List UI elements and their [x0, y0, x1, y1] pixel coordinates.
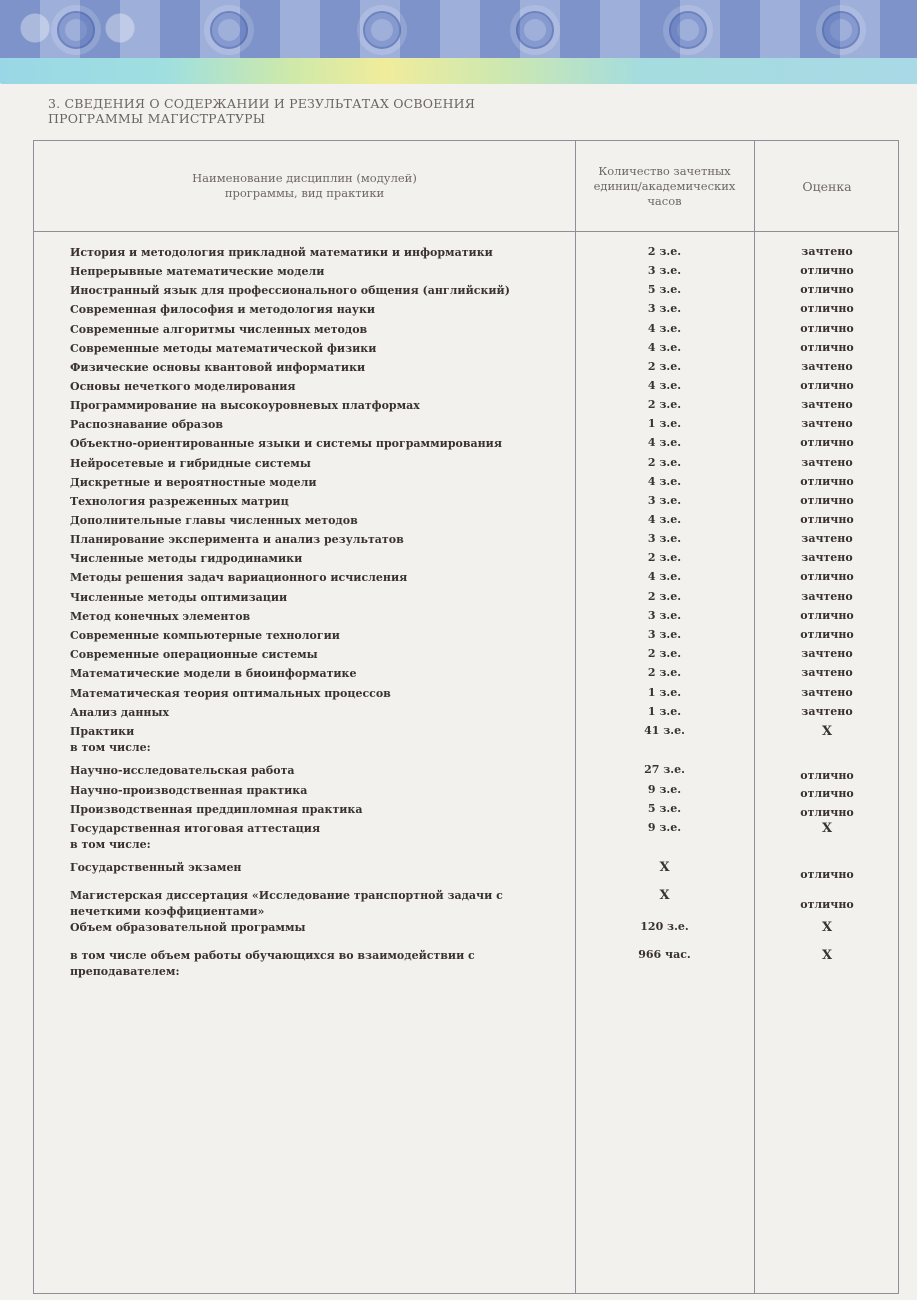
discipline-name: Научно-исследовательская работа	[70, 763, 570, 779]
grade-value: зачтено	[754, 551, 900, 564]
discipline-name: Современная философия и методология наук…	[70, 302, 570, 318]
grade-value: зачтено	[754, 245, 900, 258]
discipline-name: Научно-производственная практика	[70, 783, 570, 799]
discipline-name: Государственная итоговая аттестация в то…	[70, 821, 570, 853]
section-title-line1: 3. Сведения о содержании и результатах о…	[48, 96, 475, 111]
discipline-name: Методы решения задач вариационного исчис…	[70, 570, 570, 586]
credits-value: 27 з.е.	[575, 763, 754, 776]
grade-value: отлично	[754, 302, 900, 315]
rosette-ornament-icon	[57, 11, 95, 49]
header-discipline-label: Наименование дисциплин (модулей) програм…	[192, 171, 417, 201]
credits-value: 2 з.е.	[575, 398, 754, 411]
credits-value: 120 з.е.	[575, 920, 754, 933]
credits-value: 1 з.е.	[575, 417, 754, 430]
credits-value: X	[575, 888, 754, 903]
credits-value: 1 з.е.	[575, 686, 754, 699]
rosette-ornament-icon	[516, 11, 554, 49]
rosette-ornament-icon	[669, 11, 707, 49]
discipline-name: Современные методы математической физики	[70, 341, 570, 357]
grade-value: зачтено	[754, 398, 900, 411]
decorative-rainbow-stripe	[0, 58, 917, 84]
grade-value: отлично	[754, 283, 900, 296]
credits-value: 966 час.	[575, 948, 754, 961]
grade-value: зачтено	[754, 666, 900, 679]
grade-value: отлично	[754, 787, 900, 800]
discipline-name: Физические основы квантовой информатики	[70, 360, 570, 376]
credits-value: 3 з.е.	[575, 302, 754, 315]
credits-value: 2 з.е.	[575, 245, 754, 258]
credits-value: 2 з.е.	[575, 647, 754, 660]
header-discipline: Наименование дисциплин (модулей) програм…	[34, 141, 575, 231]
discipline-name: Современные операционные системы	[70, 647, 570, 663]
header-grade: Оценка	[754, 141, 900, 231]
discipline-name: Государственный экзамен	[70, 860, 570, 876]
grade-value: зачтено	[754, 417, 900, 430]
grade-value: отлично	[754, 494, 900, 507]
discipline-name: в том числе объем работы обучающихся во …	[70, 948, 570, 980]
grade-value: X	[754, 920, 900, 935]
header-grade-label: Оценка	[802, 179, 851, 194]
credits-value: 2 з.е.	[575, 360, 754, 373]
discipline-name: История и методология прикладной математ…	[70, 245, 570, 261]
discipline-name: Анализ данных	[70, 705, 570, 721]
grade-value: отлично	[754, 341, 900, 354]
discipline-name: Основы нечеткого моделирования	[70, 379, 570, 395]
section-title-line2: программы магистратуры	[48, 111, 475, 126]
discipline-name: Численные методы оптимизации	[70, 590, 570, 606]
credits-value: 9 з.е.	[575, 821, 754, 834]
credits-value: 3 з.е.	[575, 494, 754, 507]
grade-value: зачтено	[754, 456, 900, 469]
grade-value: отлично	[754, 609, 900, 622]
grade-value: отлично	[754, 570, 900, 583]
disciplines-table: Наименование дисциплин (модулей) програм…	[33, 140, 899, 1294]
grade-value: X	[754, 724, 900, 739]
credits-value: 4 з.е.	[575, 436, 754, 449]
grade-value: отлично	[754, 475, 900, 488]
grade-value: отлично	[754, 806, 900, 819]
discipline-name: Математические модели в биоинформатике	[70, 666, 570, 682]
grade-value: зачтено	[754, 686, 900, 699]
rosette-ornament-icon	[822, 11, 860, 49]
grade-value: отлично	[754, 513, 900, 526]
grade-value: отлично	[754, 868, 900, 881]
grade-value: отлично	[754, 898, 900, 911]
credits-value: 4 з.е.	[575, 513, 754, 526]
rosette-ornament-icon	[363, 11, 401, 49]
credits-value: 2 з.е.	[575, 551, 754, 564]
credits-value: 3 з.е.	[575, 628, 754, 641]
discipline-name: Магистерская диссертация «Исследование т…	[70, 888, 570, 920]
grade-value: X	[754, 821, 900, 836]
discipline-name: Метод конечных элементов	[70, 609, 570, 625]
grade-value: отлично	[754, 769, 900, 782]
discipline-name: Математическая теория оптимальных процес…	[70, 686, 570, 702]
credits-value: 9 з.е.	[575, 783, 754, 796]
discipline-name: Технология разреженных матриц	[70, 494, 570, 510]
credits-value: 3 з.е.	[575, 532, 754, 545]
grade-value: отлично	[754, 264, 900, 277]
credits-value: 4 з.е.	[575, 570, 754, 583]
credits-value: 1 з.е.	[575, 705, 754, 718]
discipline-name: Программирование на высокоуровневых плат…	[70, 398, 570, 414]
discipline-name: Объектно-ориентированные языки и системы…	[70, 436, 570, 452]
grade-value: зачтено	[754, 590, 900, 603]
discipline-name: Практики в том числе:	[70, 724, 570, 756]
discipline-name: Современные компьютерные технологии	[70, 628, 570, 644]
credits-value: 4 з.е.	[575, 475, 754, 488]
grade-value: отлично	[754, 628, 900, 641]
grade-value: зачтено	[754, 647, 900, 660]
grade-value: X	[754, 948, 900, 963]
grade-value: зачтено	[754, 532, 900, 545]
grade-value: отлично	[754, 379, 900, 392]
discipline-name: Производственная преддипломная практика	[70, 802, 570, 818]
credits-value: 2 з.е.	[575, 590, 754, 603]
credits-value: 3 з.е.	[575, 609, 754, 622]
credits-value: 5 з.е.	[575, 283, 754, 296]
grade-value: отлично	[754, 436, 900, 449]
discipline-name: Дополнительные главы численных методов	[70, 513, 570, 529]
credits-value: 5 з.е.	[575, 802, 754, 815]
credits-value: 2 з.е.	[575, 666, 754, 679]
header-credits: Количество зачетных единиц/академических…	[575, 141, 754, 231]
credits-value: 3 з.е.	[575, 264, 754, 277]
credits-value: 4 з.е.	[575, 341, 754, 354]
grade-value: зачтено	[754, 705, 900, 718]
discipline-name: Иностранный язык для профессионального о…	[70, 283, 570, 299]
discipline-name: Дискретные и вероятностные модели	[70, 475, 570, 491]
grade-value: зачтено	[754, 360, 900, 373]
discipline-name: Численные методы гидродинамики	[70, 551, 570, 567]
credits-value: X	[575, 860, 754, 875]
rosette-ornament-icon	[210, 11, 248, 49]
credits-value: 41 з.е.	[575, 724, 754, 737]
grade-value: отлично	[754, 322, 900, 335]
discipline-name: Объем образовательной программы	[70, 920, 570, 936]
credits-value: 2 з.е.	[575, 456, 754, 469]
discipline-name: Нейросетевые и гибридные системы	[70, 456, 570, 472]
credits-value: 4 з.е.	[575, 379, 754, 392]
discipline-name: Непрерывные математические модели	[70, 264, 570, 280]
discipline-name: Современные алгоритмы численных методов	[70, 322, 570, 338]
credits-value: 4 з.е.	[575, 322, 754, 335]
decorative-banner	[0, 0, 917, 60]
discipline-name: Планирование эксперимента и анализ резул…	[70, 532, 570, 548]
header-credits-label: Количество зачетных единиц/академических…	[594, 164, 736, 209]
header-divider	[34, 231, 898, 232]
section-title: 3. Сведения о содержании и результатах о…	[48, 96, 475, 126]
discipline-name: Распознавание образов	[70, 417, 570, 433]
